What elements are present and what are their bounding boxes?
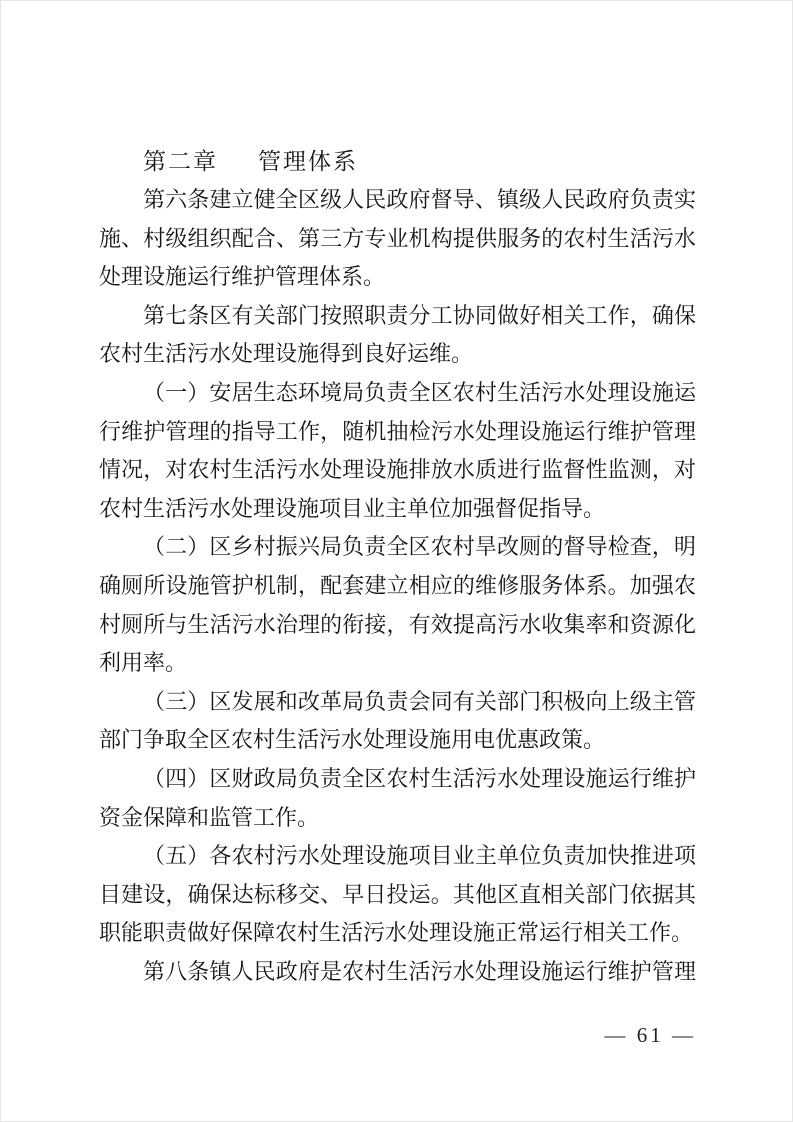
text-line: 村厕所与生活污水治理的衔接，有效提高污水收集率和资源化 xyxy=(99,606,696,645)
page-number: — 61 — xyxy=(99,1021,696,1049)
text-line: （二）区乡村振兴局负责全区农村旱改厕的督导检查，明 xyxy=(99,528,696,567)
text-line: 情况，对农村生活污水处理设施排放水质进行监督性监测，对 xyxy=(99,451,696,490)
paragraph-container: 第六条建立健全区级人民政府督导、镇级人民政府负责实施、村级组织配合、第三方专业机… xyxy=(99,181,696,991)
text-line: 农村生活污水处理设施项目业主单位加强督促指导。 xyxy=(99,490,696,529)
text-line: 资金保障和监管工作。 xyxy=(99,799,696,838)
text-line: （三）区发展和改革局负责会同有关部门积极向上级主管 xyxy=(99,683,696,722)
document-body: 第二章管理体系 第六条建立健全区级人民政府督导、镇级人民政府负责实施、村级组织配… xyxy=(99,142,696,1049)
chapter-heading: 第二章管理体系 xyxy=(99,142,696,181)
text-line: 部门争取全区农村生活污水处理设施用电优惠政策。 xyxy=(99,721,696,760)
text-line: 行维护管理的指导工作，随机抽检污水处理设施运行维护管理 xyxy=(99,413,696,452)
text-line: 第七条区有关部门按照职责分工协同做好相关工作，确保 xyxy=(99,297,696,336)
chapter-title: 管理体系 xyxy=(258,149,358,174)
text-line: 第八条镇人民政府是农村生活污水处理设施运行维护管理 xyxy=(99,953,696,992)
document-page: 第二章管理体系 第六条建立健全区级人民政府督导、镇级人民政府负责实施、村级组织配… xyxy=(0,0,793,1122)
chapter-number: 第二章 xyxy=(143,149,218,174)
text-line: 职能职责做好保障农村生活污水处理设施正常运行相关工作。 xyxy=(99,914,696,953)
text-line: 处理设施运行维护管理体系。 xyxy=(99,258,696,297)
text-line: （一）安居生态环境局负责全区农村生活污水处理设施运 xyxy=(99,374,696,413)
text-line: 确厕所设施管护机制，配套建立相应的维修服务体系。加强农 xyxy=(99,567,696,606)
text-line: 利用率。 xyxy=(99,644,696,683)
text-line: （五）各农村污水处理设施项目业主单位负责加快推进项 xyxy=(99,837,696,876)
text-line: 第六条建立健全区级人民政府督导、镇级人民政府负责实 xyxy=(99,181,696,220)
text-line: 施、村级组织配合、第三方专业机构提供服务的农村生活污水 xyxy=(99,220,696,259)
text-line: 农村生活污水处理设施得到良好运维。 xyxy=(99,335,696,374)
text-line: （四）区财政局负责全区农村生活污水处理设施运行维护 xyxy=(99,760,696,799)
text-line: 目建设，确保达标移交、早日投运。其他区直相关部门依据其 xyxy=(99,876,696,915)
